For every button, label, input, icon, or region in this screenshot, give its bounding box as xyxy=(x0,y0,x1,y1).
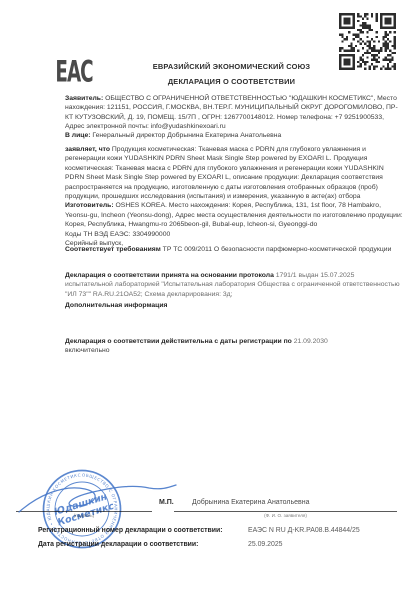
representative-label: В лице: xyxy=(65,132,91,139)
validity-line: Декларация о соответствии действительна … xyxy=(65,337,401,346)
additional-info-label: Дополнительная информация xyxy=(65,302,168,309)
representative-line: В лице: Генеральный директор Добрынина Е… xyxy=(65,131,401,140)
validity-label: Декларация о соответствии действительна … xyxy=(65,338,292,345)
signer-name: Добрынина Екатерина Анатольевна xyxy=(192,499,310,506)
signer-name-line xyxy=(174,511,397,512)
registration-date-value: 25.09.2025 xyxy=(248,541,283,548)
manufacturer-text: OSHES KOREA. Место нахождения: Корея, Ре… xyxy=(65,202,403,228)
handwritten-signature xyxy=(15,476,180,518)
conformity-label: Соответствует требованиям xyxy=(65,246,161,253)
document-title: ДЕКЛАРАЦИЯ О СООТВЕТСТВИИ xyxy=(65,77,398,86)
manufacturer-label: Изготовитель: xyxy=(65,202,114,209)
declaration-document: ЕАС ЕВРАЗИЙСКИЙ ЭКОНОМИЧЕСКИЙ СОЮЗ ДЕКЛА… xyxy=(0,0,420,594)
signer-name-caption: (Ф. И. О. заявителя) xyxy=(174,513,397,518)
conformity-paragraph: Соответствует требованиям ТР ТС 009/2011… xyxy=(65,245,401,254)
registration-number-value: ЕАЭС N RU Д-KR.РА08.В.44844/25 xyxy=(248,527,360,534)
additional-info-line: Дополнительная информация xyxy=(65,301,401,310)
tnved-code-line: Коды ТН ВЭД ЕАЭС: 3304990000 xyxy=(65,231,170,238)
conformity-text: ТР ТС 009/2011 О безопасности парфюмерно… xyxy=(163,246,392,253)
validity-suffix-text: включительно xyxy=(65,347,110,354)
representative-text: Генеральный директор Добрынина Екатерина… xyxy=(92,132,281,139)
applicant-paragraph: Заявитель: ОБЩЕСТВО С ОГРАНИЧЕННОЙ ОТВЕТ… xyxy=(65,94,401,132)
basis-label: Декларация о соответствии принята на осн… xyxy=(65,272,274,279)
product-text: Продукция косметическая: Тканевая маска … xyxy=(65,146,384,200)
validity-date: 21.09.2030 xyxy=(294,338,328,345)
union-title: ЕВРАЗИЙСКИЙ ЭКОНОМИЧЕСКИЙ СОЮЗ xyxy=(65,62,398,71)
declaration-paragraph: заявляет, что Продукция косметическая: Т… xyxy=(65,145,403,248)
applicant-label: Заявитель: xyxy=(65,95,103,102)
declares-label: заявляет, что xyxy=(65,146,110,153)
applicant-text: ОБЩЕСТВО С ОГРАНИЧЕННОЙ ОТВЕТСТВЕННОСТЬЮ… xyxy=(65,95,398,130)
validity-suffix: включительно xyxy=(65,346,401,355)
basis-paragraph: Декларация о соответствии принята на осн… xyxy=(65,271,401,299)
